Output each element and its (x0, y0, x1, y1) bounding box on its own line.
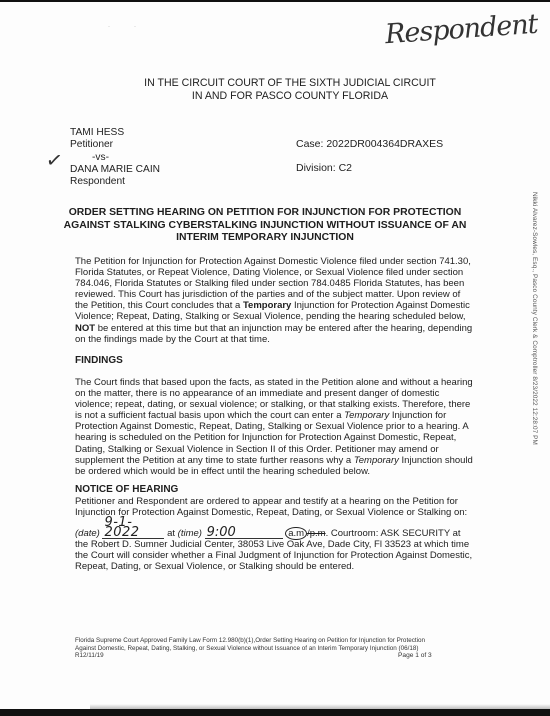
case-number: Case: 2022DR004364DRAXES (296, 138, 443, 150)
division: Division: C2 (296, 162, 352, 174)
scan-bottom-edge (0, 709, 550, 716)
notice-text-1: Petitioner and Respondent are ordered to… (75, 496, 467, 518)
court-header: IN THE CIRCUIT COURT OF THE SIXTH JUDICI… (0, 77, 550, 103)
pm-struck: /p.m (307, 528, 325, 539)
clerk-stamp-text: Nikki Alvarez-Sowles, Esq., Pasco County… (531, 192, 538, 445)
am-circled: a.m (285, 527, 307, 540)
clerk-filing-stamp: Nikki Alvarez-Sowles, Esq., Pasco County… (528, 192, 538, 482)
notice-heading: NOTICE OF HEARING (75, 484, 178, 495)
intro-bold-not: NOT (75, 323, 95, 334)
order-title-line-3: INTERIM TEMPORARY INJUNCTION (60, 232, 470, 245)
hearing-time-handwritten: 9:00 (205, 528, 283, 539)
date-label: (date) (75, 528, 100, 539)
respondent-label: Respondent (70, 176, 160, 188)
time-label: (time) (178, 528, 202, 539)
intro-text-3: be entered at this time but that an inju… (75, 323, 472, 345)
scan-specks: ·· (108, 24, 160, 30)
findings-italic-2: Temporary (354, 455, 399, 466)
court-header-line-1: IN THE CIRCUIT COURT OF THE SIXTH JUDICI… (0, 77, 550, 90)
versus-label: -vs- (70, 152, 160, 164)
notice-paragraph: Petitioner and Respondent are ordered to… (75, 496, 475, 573)
footer-line-2: Against Domestic, Repeat, Dating, Stalki… (75, 645, 440, 653)
petitioner-label: Petitioner (70, 139, 160, 151)
at-text: at (164, 528, 177, 539)
findings-italic-1: Temporary (344, 410, 389, 421)
order-title-line-2: AGAINST STALKING CYBERSTALKING INJUNCTIO… (60, 220, 470, 233)
findings-paragraph: The Court finds that based upon the fact… (75, 377, 475, 477)
footer-line-1: Florida Supreme Court Approved Family La… (75, 637, 440, 645)
court-header-line-2: IN AND FOR PASCO COUNTY FLORIDA (0, 90, 550, 103)
checkmark-icon: ✓ (44, 147, 64, 174)
intro-paragraph: The Petition for Injunction for Protecti… (75, 256, 475, 345)
petitioner-name: TAMI HESS (70, 127, 160, 139)
footer-revision: R12/11/19 (75, 652, 440, 660)
page-number: Page 1 of 3 (398, 652, 432, 659)
respondent-name: DANA MARIE CAIN (70, 164, 160, 176)
hearing-date-handwritten: 9-1-2022 (102, 518, 164, 539)
form-footer: Florida Supreme Court Approved Family La… (75, 637, 440, 660)
scan-top-edge (0, 0, 550, 2)
case-caption-parties: TAMI HESS Petitioner -vs- DANA MARIE CAI… (70, 127, 160, 188)
findings-heading: FINDINGS (75, 355, 123, 366)
intro-bold-temporary: Temporary (243, 300, 291, 311)
order-title: ORDER SETTING HEARING ON PETITION FOR IN… (60, 207, 470, 245)
handwritten-respondent-note: Respondent (384, 9, 538, 51)
order-title-line-1: ORDER SETTING HEARING ON PETITION FOR IN… (60, 207, 470, 220)
